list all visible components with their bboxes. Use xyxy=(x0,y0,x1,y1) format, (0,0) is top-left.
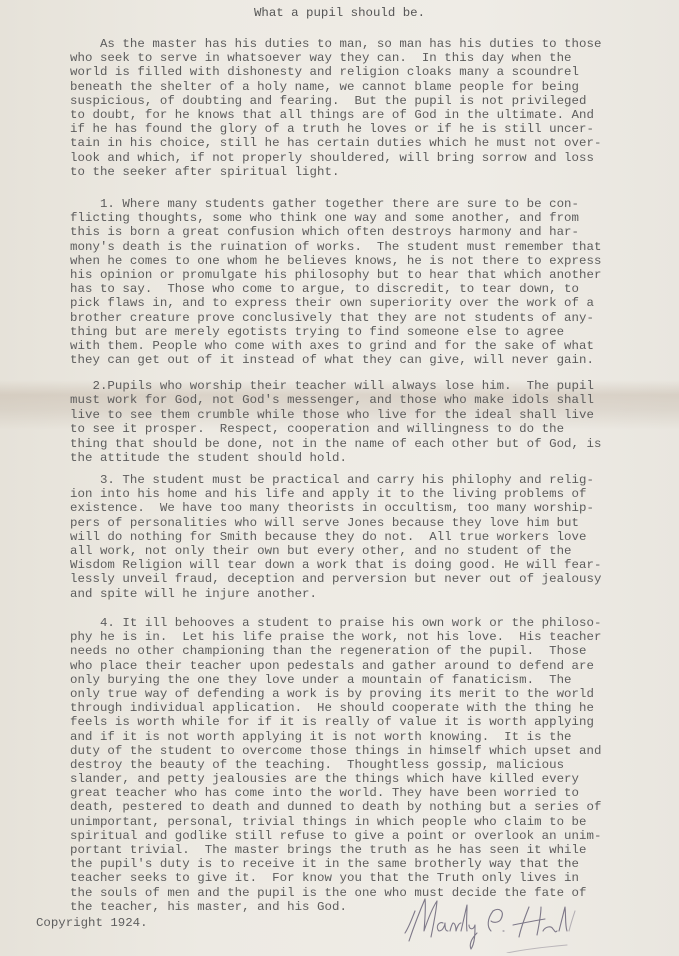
text-line: who seek to serve in whatsoever way they… xyxy=(70,51,679,65)
text-line: beneath the shelter of a holy name, we c… xyxy=(70,80,679,94)
text-line: look and which, if not properly shoulder… xyxy=(70,151,679,165)
text-line: slander, and petty jealousies are the th… xyxy=(70,772,679,786)
text-line: to the seeker after spiritual light. xyxy=(70,165,679,179)
text-line: portant trivial. The master brings the t… xyxy=(70,843,679,857)
text-line: unimportant, personal, trivial things in… xyxy=(70,815,679,829)
text-line: Wisdom Religion will tear down a work th… xyxy=(70,558,679,572)
point-2-paragraph: 2.Pupils who worship their teacher will … xyxy=(70,379,679,465)
text-line: only burying the one they love under a m… xyxy=(70,673,679,687)
text-line: through individual application. He shoul… xyxy=(70,701,679,715)
document-title: What a pupil should be. xyxy=(0,6,679,20)
copyright-notice: Copyright 1924. xyxy=(36,916,148,930)
text-line: mony's death is the ruination of works. … xyxy=(70,240,679,254)
text-line: tain in his choice, still he has certain… xyxy=(70,136,679,150)
text-line: must work for God, not God's messenger, … xyxy=(70,393,679,407)
text-line: existence. We have too many theorists in… xyxy=(70,501,679,515)
text-line: will do nothing for Smith because they d… xyxy=(70,530,679,544)
text-line: with them. People who come with axes to … xyxy=(70,339,679,353)
text-line: death, pestered to death and dunned to d… xyxy=(70,800,679,814)
text-line: who place their teacher upon pedestals a… xyxy=(70,659,679,673)
text-line: ion into his home and his life and apply… xyxy=(70,487,679,501)
intro-paragraph: As the master has his duties to man, so … xyxy=(70,37,679,179)
text-line: the attitude the student should hold. xyxy=(70,451,679,465)
text-line: brother creature prove conclusively that… xyxy=(70,311,679,325)
text-line: they can get out of it instead of what t… xyxy=(70,353,679,367)
text-line: pick flaws in, and to express their own … xyxy=(70,296,679,310)
text-line: his opinion or promulgate his philosophy… xyxy=(70,268,679,282)
text-line: As the master has his duties to man, so … xyxy=(70,37,679,51)
text-line: live to see them crumble while those who… xyxy=(70,408,679,422)
text-line: phy he is in. Let his life praise the wo… xyxy=(70,630,679,644)
text-line: when he comes to one whom he believes kn… xyxy=(70,254,679,268)
text-line: 2.Pupils who worship their teacher will … xyxy=(70,379,679,393)
text-line: teacher seeks to give it. For know you t… xyxy=(70,871,679,885)
text-line: lessly unveil fraud, deception and perve… xyxy=(70,572,679,586)
text-line: only true way of defending a work is by … xyxy=(70,687,679,701)
point-4-paragraph: 4. It ill behooves a student to praise h… xyxy=(70,616,679,914)
text-line: pers of personalities who will serve Jon… xyxy=(70,516,679,530)
text-line: and if it is not worth applying it is no… xyxy=(70,730,679,744)
text-line: 3. The student must be practical and car… xyxy=(70,473,679,487)
text-line: to doubt, for he knows that all things a… xyxy=(70,108,679,122)
text-line: thing but are merely egotists trying to … xyxy=(70,325,679,339)
text-line: needs no other championing than the rege… xyxy=(70,644,679,658)
text-line: and spite will he injure another. xyxy=(70,587,679,601)
signature: Manly P. Hall xyxy=(395,893,625,953)
text-line: duty of the student to overcome those th… xyxy=(70,744,679,758)
text-line: destroy the beauty of the teaching. Thou… xyxy=(70,758,679,772)
text-line: world is filled with dishonesty and reli… xyxy=(70,65,679,79)
text-line: suspicious, of doubting and fearing. But… xyxy=(70,94,679,108)
text-line: great teacher who has come into the worl… xyxy=(70,786,679,800)
point-3-paragraph: 3. The student must be practical and car… xyxy=(70,473,679,601)
text-line: if he has found the glory of a truth he … xyxy=(70,122,679,136)
text-line: has to say. Those who come to argue, to … xyxy=(70,282,679,296)
text-line: 4. It ill behooves a student to praise h… xyxy=(70,616,679,630)
text-line: 1. Where many students gather together t… xyxy=(70,197,679,211)
signature-handwriting-icon xyxy=(395,893,625,953)
text-line: thing that should be done, not in the na… xyxy=(70,437,679,451)
text-line: the pupil's duty is to receive it in the… xyxy=(70,857,679,871)
text-line: spiritual and godlike still refuse to gi… xyxy=(70,829,679,843)
point-1-paragraph: 1. Where many students gather together t… xyxy=(70,197,679,367)
text-line: all work, not only their own but every o… xyxy=(70,544,679,558)
text-line: feels is worth while for if it is really… xyxy=(70,715,679,729)
text-line: to see it prosper. Respect, cooperation … xyxy=(70,422,679,436)
text-line: this is born a great confusion which oft… xyxy=(70,225,679,239)
text-line: flicting thoughts, some who think one wa… xyxy=(70,211,679,225)
